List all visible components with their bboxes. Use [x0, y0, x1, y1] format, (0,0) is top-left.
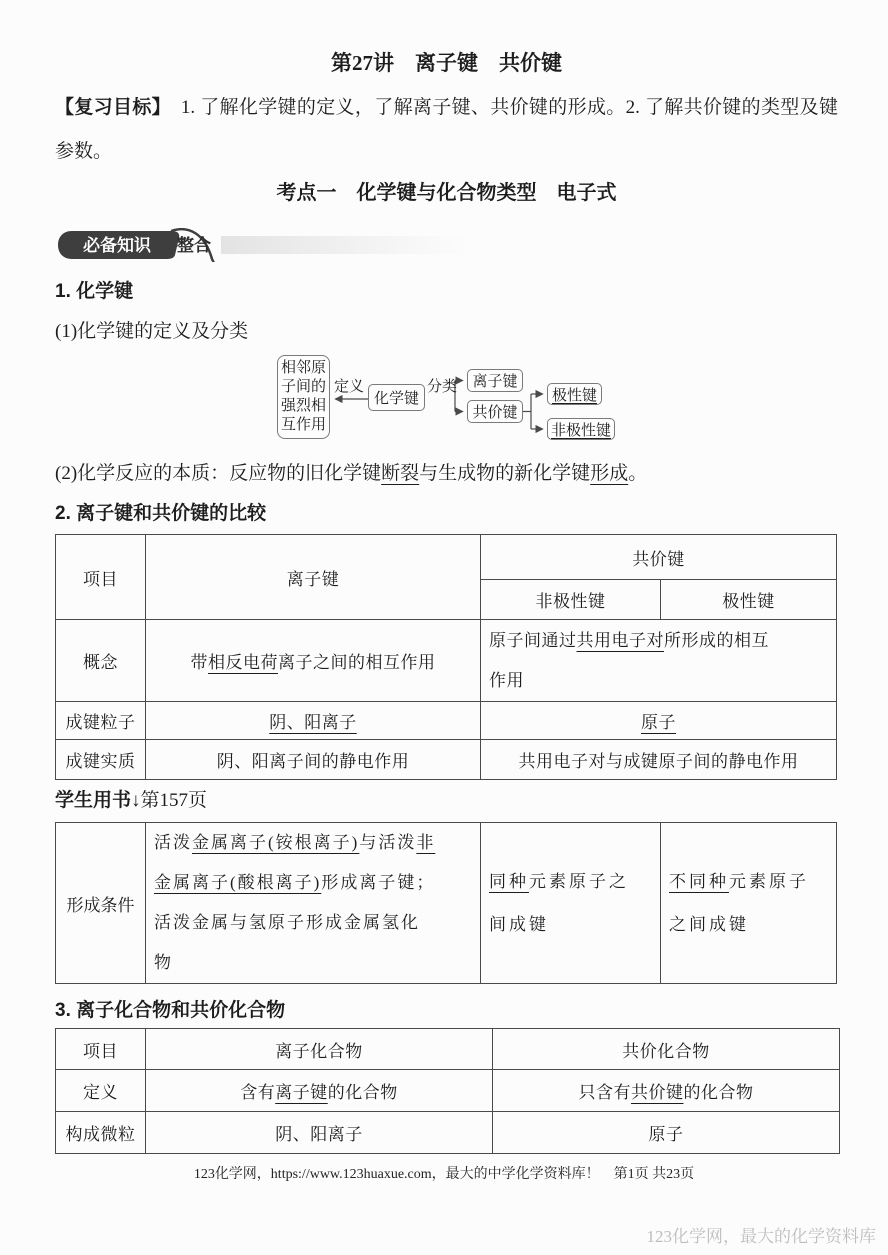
textbook-ref-line: 学生用书↓第157页 — [55, 780, 838, 822]
cell-constituent-ionic: 阴、阳离子 — [146, 1112, 493, 1154]
cell-essence-ionic: 阴、阳离子间的静电作用 — [146, 740, 481, 780]
row-label-formation: 形成条件 — [56, 823, 146, 984]
flowchart-classify-label: 分类 — [425, 378, 459, 396]
cell-definition-ionic: 含有离子键的化合物 — [146, 1070, 493, 1112]
cell-definition-covalent: 只含有共价键的化合物 — [493, 1070, 840, 1112]
cell-formation-ionic: 活泼金属离子(铵根离子)与活泼非 金属离子(酸根离子)形成离子键； 活泼金属与氢… — [146, 823, 481, 984]
row-label-constituent: 构成微粒 — [56, 1112, 146, 1154]
cell-formation-polar: 不同种元素原子 之间成键 — [661, 823, 837, 984]
table-header-nonpolar: 非极性键 — [481, 580, 661, 620]
topic-heading: 考点一 化学键与化合物类型 电子式 — [55, 178, 838, 208]
flowchart-ionic-bond-box: 离子键 — [467, 369, 523, 392]
comparison-table: 项目 离子键 共价键 非极性键 极性键 概念 带相反电荷离子之间的相互作用 原子… — [55, 534, 837, 780]
badge-light-label: 整合 — [177, 235, 211, 255]
badge-decoration-bar — [221, 236, 471, 254]
table2-header-ionic-compound: 离子化合物 — [146, 1029, 493, 1070]
badge-dark-label: 必备知识 — [83, 235, 152, 255]
row-label-concept: 概念 — [56, 620, 146, 702]
page-title: 第27讲 离子键 共价键 — [55, 48, 838, 78]
cell-concept-covalent: 原子间通过共用电子对所形成的相互 作用 — [481, 620, 837, 702]
knowledge-badge: 必备知识 整合 — [55, 228, 838, 262]
row-label-definition: 定义 — [56, 1070, 146, 1112]
table2-header-item: 项目 — [56, 1029, 146, 1070]
cell-constituent-covalent: 原子 — [493, 1112, 840, 1154]
heading-comparison: 2. 离子键和共价键的比较 — [55, 500, 838, 528]
paragraph-reaction-essence: (2)化学反应的本质：反应物的旧化学键断裂与生成物的新化学键形成。 — [55, 460, 838, 488]
cell-particles-ionic: 阴、阳离子 — [146, 702, 481, 740]
cell-essence-covalent: 共用电子对与成键原子间的静电作用 — [481, 740, 837, 780]
page-content: 第27讲 离子键 共价键 【复习目标】 1. 了解化学键的定义，了解离子键、共价… — [55, 48, 838, 1154]
page-footer: 123化学网，https://www.123huaxue.com，最大的中学化学… — [0, 1163, 888, 1183]
table-header-ionic: 离子键 — [146, 535, 481, 620]
watermark: 123化学网，最大的化学资料库 — [647, 1222, 877, 1247]
table-header-polar: 极性键 — [661, 580, 837, 620]
table-header-covalent: 共价键 — [481, 535, 837, 580]
flowchart-covalent-bond-box: 共价键 — [467, 400, 523, 423]
compounds-table: 项目 离子化合物 共价化合物 定义 含有离子键的化合物 只含有共价键的化合物 构… — [55, 1028, 840, 1154]
cell-particles-covalent: 原子 — [481, 702, 837, 740]
row-label-essence: 成键实质 — [56, 740, 146, 780]
badge-shape: 必备知识 整合 — [55, 228, 225, 262]
formation-table: 形成条件 活泼金属离子(铵根离子)与活泼非 金属离子(酸根离子)形成离子键； 活… — [55, 822, 837, 984]
cell-formation-nonpolar: 同种元素原子之 间成键 — [481, 823, 661, 984]
flowchart-chemical-bond-box: 化学键 — [368, 384, 425, 411]
flowchart-definition-box: 相邻原子间的强烈相互作用 — [277, 355, 330, 439]
heading-chemical-bond: 1. 化学键 — [55, 278, 838, 306]
sub-heading-definition: (1)化学键的定义及分类 — [55, 318, 838, 346]
flowchart-nonpolar-bond-box: 非极性键 — [547, 418, 615, 440]
flowchart-definition-label: 定义 — [332, 378, 366, 396]
review-goal: 【复习目标】 1. 了解化学键的定义，了解离子键、共价键的形成。2. 了解共价键… — [55, 86, 838, 174]
flowchart-polar-bond-box: 极性键 — [547, 383, 602, 405]
table-header-item: 项目 — [56, 535, 146, 620]
row-label-particles: 成键粒子 — [56, 702, 146, 740]
flowchart: 相邻原子间的强烈相互作用 定义 化学键 分类 离子键 共价键 极性键 非极性键 — [277, 355, 677, 451]
heading-compounds: 3. 离子化合物和共价化合物 — [55, 997, 838, 1025]
cell-concept-ionic: 带相反电荷离子之间的相互作用 — [146, 620, 481, 702]
table2-header-covalent-compound: 共价化合物 — [493, 1029, 840, 1070]
